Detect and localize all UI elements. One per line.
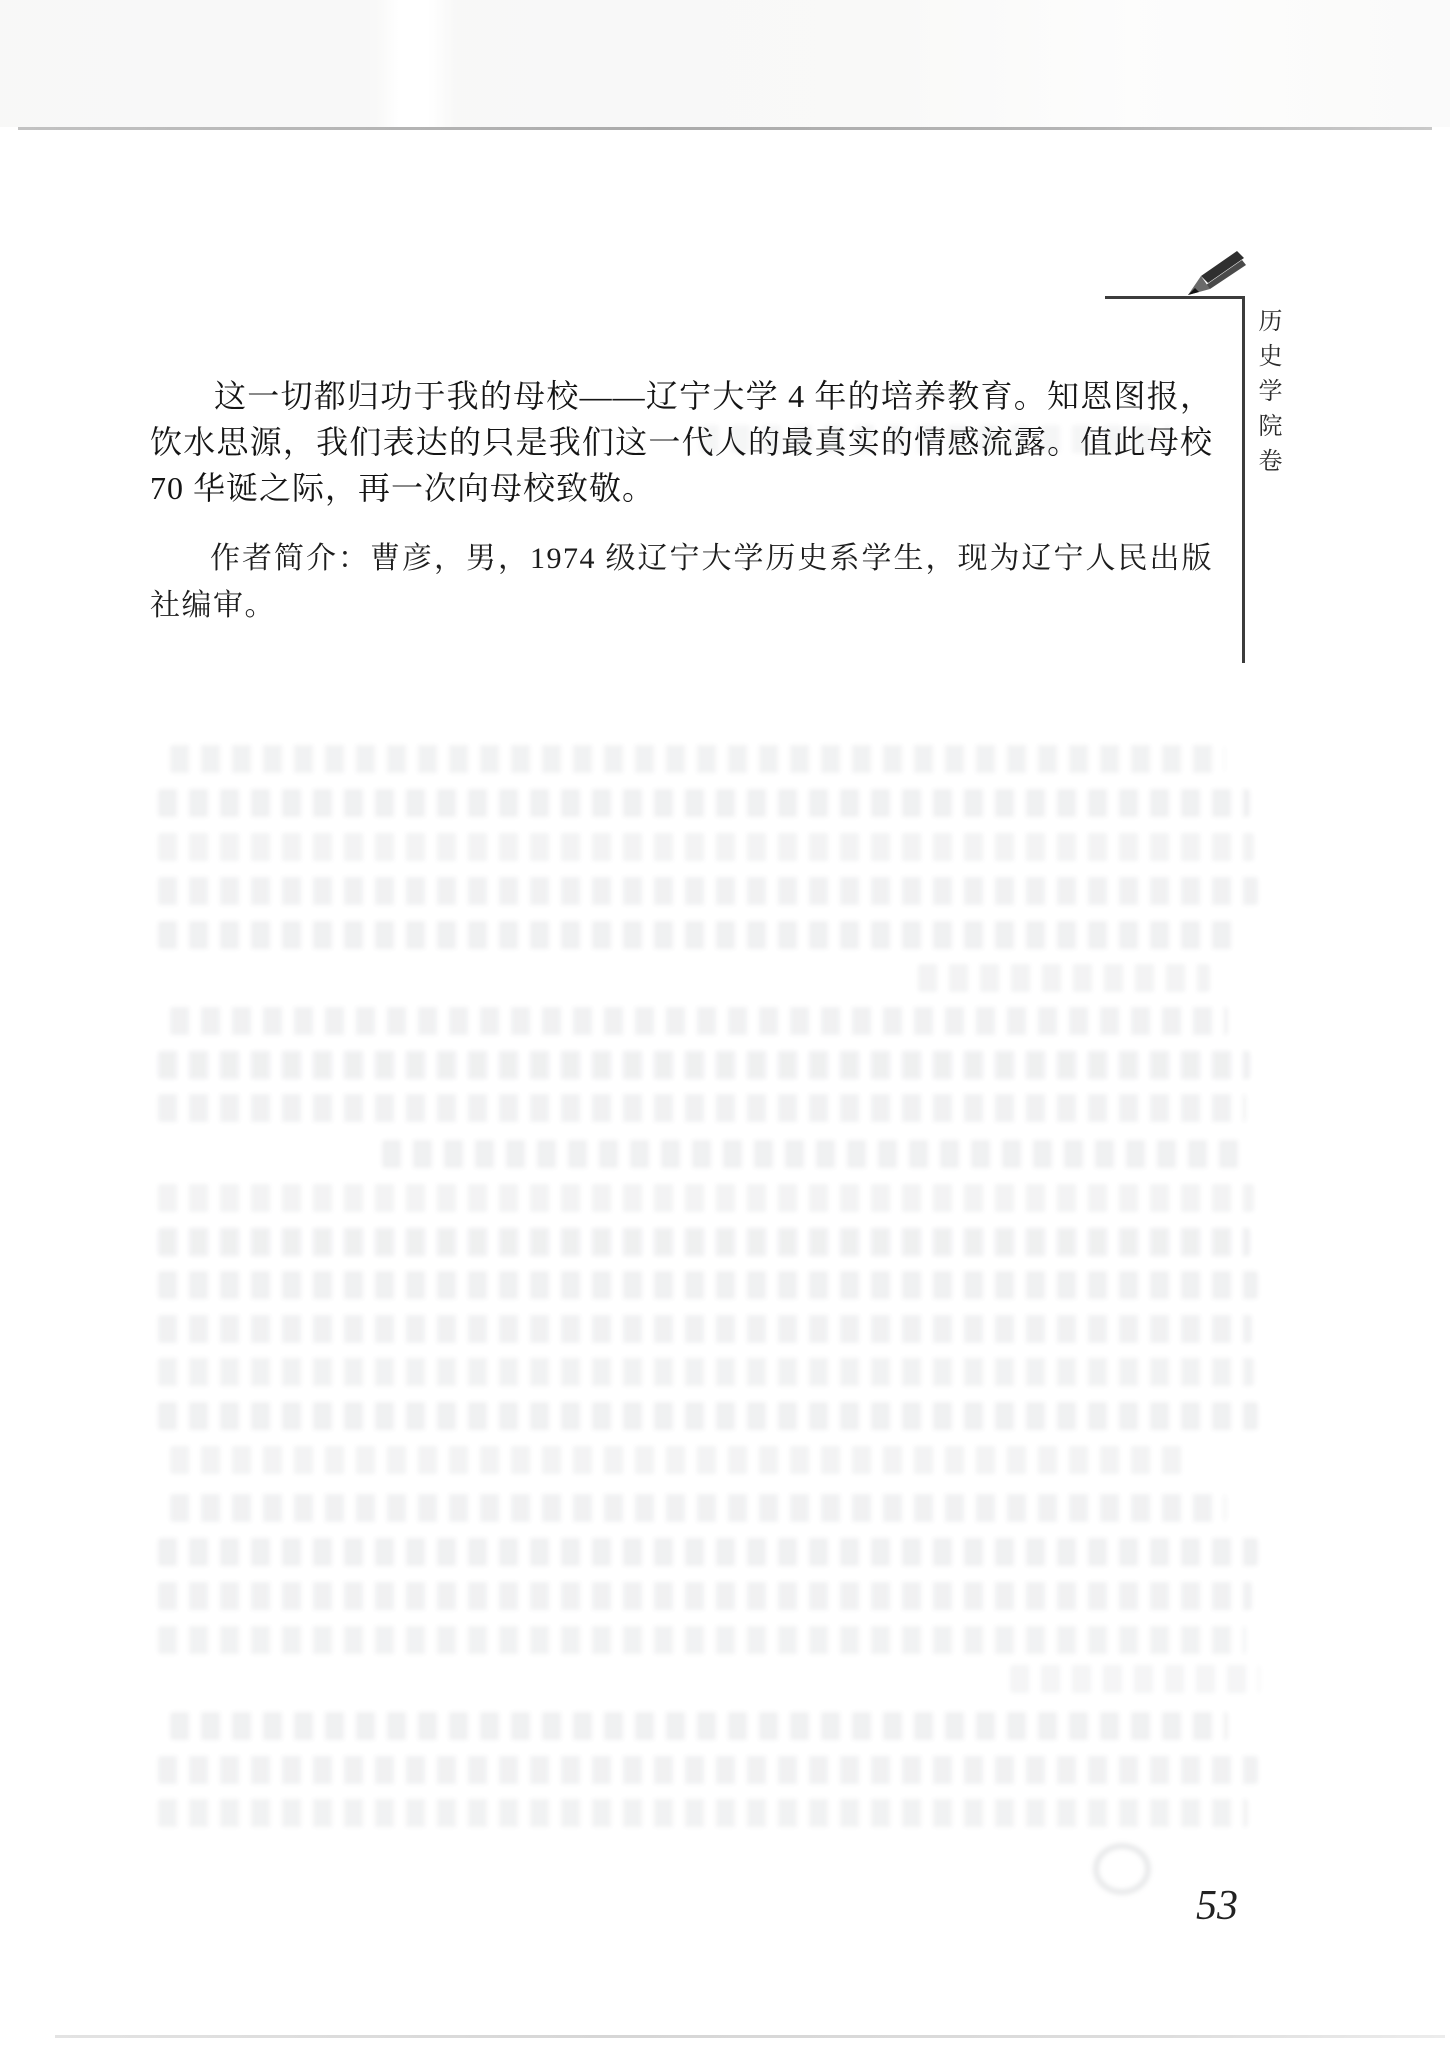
ghost-line (158, 1184, 1254, 1212)
ghost-line (918, 964, 1210, 992)
ghost-line (158, 1538, 1258, 1566)
ghost-line (158, 1271, 1258, 1299)
sidebar-volume-label: 历史学院卷 (1250, 308, 1285, 508)
ghost-line (170, 1494, 1226, 1522)
top-scan-band (0, 0, 1450, 127)
ghost-line (158, 921, 1238, 949)
corner-rule (1105, 296, 1245, 663)
ghost-line (158, 1402, 1258, 1430)
bottom-rule (55, 2035, 1445, 2038)
ghost-line (170, 745, 1225, 773)
ghost-line (158, 789, 1250, 817)
ghost-line (170, 1712, 1228, 1740)
book-page: 这一切都归功于我的母校——辽宁大学 4 年的培养教育。知恩图报，饮水思源，我们表… (0, 0, 1450, 2050)
pencil-icon (1184, 247, 1250, 299)
ghost-line (170, 1007, 1228, 1035)
ghost-line (1010, 1665, 1260, 1693)
ghost-line (158, 1358, 1254, 1386)
author-bio: 作者简介：曹彦，男，1974 级辽宁大学历史系学生，现为辽宁人民出版社编审。 (150, 535, 1213, 629)
ghost-line (158, 1228, 1250, 1256)
ghost-line (158, 833, 1254, 861)
ghost-line (158, 1626, 1246, 1654)
ghost-line (382, 1140, 1250, 1168)
ghost-line (158, 1051, 1250, 1079)
ghost-line (158, 1315, 1252, 1343)
ghost-line (158, 1756, 1258, 1784)
ghost-stamp (1093, 1843, 1151, 1895)
ghost-line (158, 1094, 1246, 1122)
ghost-line (158, 1582, 1252, 1610)
page-number: 53 (1196, 1882, 1238, 1930)
ghost-line (158, 877, 1258, 905)
top-rule (18, 127, 1432, 130)
ghost-line (158, 1799, 1248, 1827)
ghost-line (170, 1446, 1190, 1474)
ghost-line (700, 425, 1170, 453)
